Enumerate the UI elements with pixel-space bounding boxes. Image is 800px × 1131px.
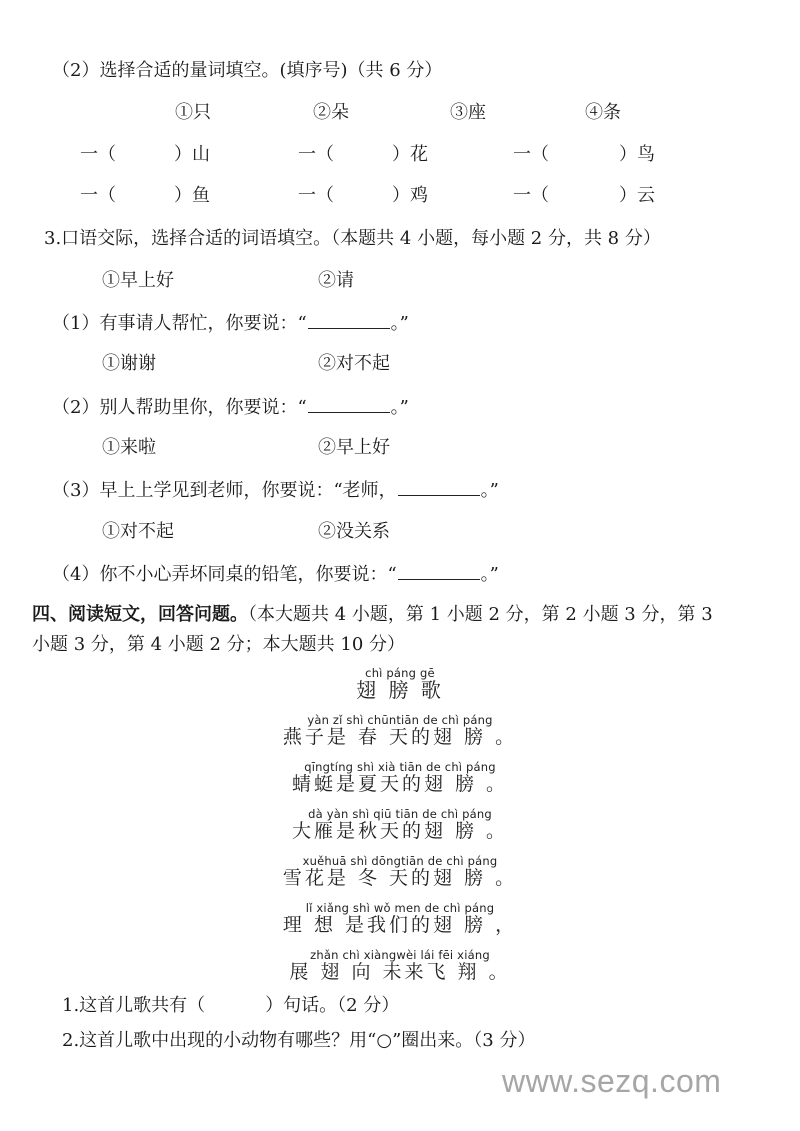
answer-blank[interactable] (398, 479, 480, 496)
section4-title: 四、阅读短文，回答问题。 (32, 604, 248, 625)
section3-heading: 3.口语交际，选择合适的词语填空。（本题共 4 小题，每小题 2 分，共 8 分… (44, 228, 661, 250)
option-3: ③座 (450, 102, 486, 124)
poem-line-5: 理 想 是我们的翅 膀 ， (0, 913, 800, 937)
fill-suffix: ）花 (392, 144, 428, 165)
section4-heading: 四、阅读短文，回答问题。（本大题共 4 小题，第 1 小题 2 分，第 2 小题… (32, 604, 713, 626)
poem-line-4: 雪花是 冬 天的翅 膀 。 (0, 866, 800, 890)
q2-option-2: ②对不起 (318, 353, 390, 375)
poem-line-1: 燕子是 春 天的翅 膀 。 (0, 725, 800, 749)
fill-suffix: ）山 (174, 144, 210, 165)
q1-question: （1）有事请人帮忙，你要说：“。” (52, 312, 409, 335)
q1-option-2: ②请 (318, 270, 354, 292)
option-4: ④条 (585, 102, 621, 124)
question-end: 。” (391, 397, 409, 418)
fill-suffix: ）鸡 (392, 185, 428, 206)
reading-question-1: 1.这首儿歌共有（）句话。（2 分） (62, 995, 399, 1017)
fill-item-mountain[interactable]: 一（）山 (80, 144, 210, 166)
question-text: （2）别人帮助里你，你要说：“ (52, 397, 307, 418)
fill-item-cloud[interactable]: 一（）云 (513, 185, 655, 207)
q4-question: （4）你不小心弄坏同桌的铅笔，你要说：“。” (52, 563, 499, 586)
poem-title: 翅 膀 歌 (0, 678, 800, 702)
q2-question: （2）别人帮助里你，你要说：“。” (52, 396, 409, 419)
question-end: 。” (391, 313, 409, 334)
q1-option-1: ①早上好 (102, 270, 174, 292)
poem-line-6: 展 翅 向 未来飞 翔 。 (0, 960, 800, 984)
watermark: www.sezq.com (502, 1063, 721, 1100)
question-end: 。” (481, 564, 499, 585)
section4-heading-line2: 小题 3 分，第 4 小题 2 分；本大题共 10 分） (32, 634, 405, 656)
fill-prefix: 一（ (513, 144, 549, 165)
fill-suffix: ）鱼 (174, 185, 210, 206)
fill-item-fish[interactable]: 一（）鱼 (80, 185, 210, 207)
fill-prefix: 一（ (513, 185, 549, 206)
reading-question-2: 2.这首儿歌中出现的小动物有哪些？用“○”圈出来。（3 分） (62, 1030, 535, 1052)
fill-item-bird[interactable]: 一（）鸟 (513, 144, 655, 166)
q4-option-1: ①对不起 (102, 521, 174, 543)
q3-question: （3）早上上学见到老师，你要说：“老师，。” (52, 479, 499, 502)
q3-option-1: ①来啦 (102, 437, 156, 459)
answer-blank[interactable] (308, 396, 390, 413)
question-text: （3）早上上学见到老师，你要说：“老师， (52, 480, 397, 501)
fill-item-chicken[interactable]: 一（）鸡 (298, 185, 428, 207)
fill-item-flower[interactable]: 一（）花 (298, 144, 428, 166)
answer-blank[interactable] (398, 563, 480, 580)
fill-prefix: 一（ (298, 185, 334, 206)
answer-blank[interactable] (308, 312, 390, 329)
option-2: ②朵 (313, 102, 349, 124)
q4-option-2: ②没关系 (318, 521, 390, 543)
question-text: （1）有事请人帮忙，你要说：“ (52, 313, 307, 334)
question-end: ）句话。（2 分） (265, 995, 399, 1016)
poem-line-3: 大雁是秋天的翅 膀 。 (0, 819, 800, 843)
question-text: 1.这首儿歌共有（ (62, 995, 205, 1016)
fill-prefix: 一（ (298, 144, 334, 165)
section4-score-info: （本大题共 4 小题，第 1 小题 2 分，第 2 小题 3 分，第 3 (248, 604, 713, 625)
fill-prefix: 一（ (80, 185, 116, 206)
option-1: ①只 (175, 102, 211, 124)
question-end: 。” (481, 480, 499, 501)
poem-line-2: 蜻蜓是夏天的翅 膀 。 (0, 772, 800, 796)
question-text: （4）你不小心弄坏同桌的铅笔，你要说：“ (52, 564, 397, 585)
fill-suffix: ）云 (619, 185, 655, 206)
section2-heading: （2）选择合适的量词填空。(填序号)（共 6 分） (52, 60, 442, 82)
fill-prefix: 一（ (80, 144, 116, 165)
q2-option-1: ①谢谢 (102, 353, 156, 375)
fill-suffix: ）鸟 (619, 144, 655, 165)
q3-option-2: ②早上好 (318, 437, 390, 459)
